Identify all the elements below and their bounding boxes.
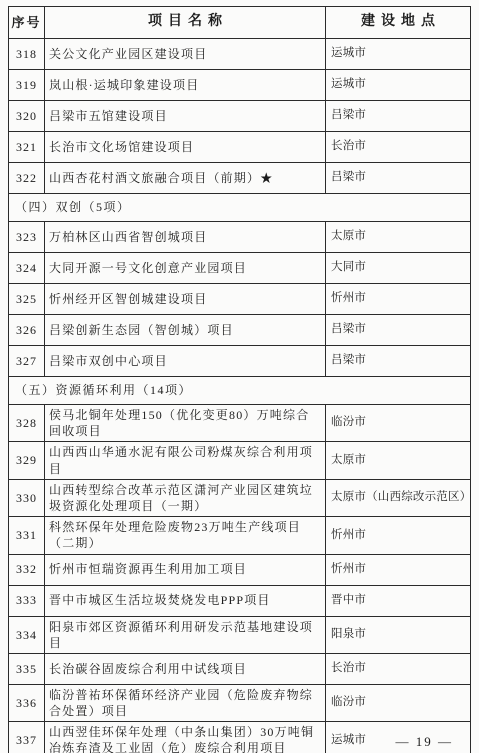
row-location-cell: 忻州市	[326, 554, 471, 585]
row-serial-cell: 320	[9, 101, 45, 132]
table-row: 336 临汾普祐环保循环经济产业园（危险废弃物综合处置）项目 临汾市	[9, 684, 471, 721]
header-row: 序号 项目名称 建设地点	[9, 7, 471, 39]
row-name-cell: 长治碳谷固废综合利用中试线项目	[45, 653, 326, 684]
row-serial-cell: 333	[9, 585, 45, 616]
row-serial-cell: 331	[9, 517, 45, 554]
row-name-cell: 山西翌佳环保年处理（中条山集团）30万吨铜冶炼弃渣及工业固（危）废综合利用项目	[45, 722, 326, 753]
row-serial-cell: 319	[9, 70, 45, 101]
row-serial-cell: 335	[9, 653, 45, 684]
row-name-cell: 大同开源一号文化创意产业园项目	[45, 253, 326, 284]
page-number: — 19 —	[396, 734, 454, 750]
table-row: 331 科然环保年处理危险废物23万吨生产线项目（二期） 忻州市	[9, 517, 471, 554]
row-location-cell: 吕梁市	[326, 163, 471, 194]
row-serial-cell: 322	[9, 163, 45, 194]
row-location-cell: 运城市	[326, 70, 471, 101]
section-title-cell: （五）资源循环利用（14项）	[9, 377, 471, 405]
table-row: 325 忻州经开区智创城建设项目 忻州市	[9, 284, 471, 315]
table-row: 320 吕梁市五馆建设项目 吕梁市	[9, 101, 471, 132]
row-location-cell: 临汾市	[326, 405, 471, 442]
row-name-cell: 阳泉市郊区资源循环利用研发示范基地建设项目	[45, 616, 326, 653]
row-serial-cell: 321	[9, 132, 45, 163]
row-location-cell: 忻州市	[326, 284, 471, 315]
row-serial-cell: 330	[9, 479, 45, 516]
row-location-cell: 长治市	[326, 653, 471, 684]
row-location-cell: 太原市（山西综改示范区）	[326, 479, 471, 516]
row-serial-cell: 323	[9, 222, 45, 253]
row-location-cell: 太原市	[326, 222, 471, 253]
row-serial-cell: 332	[9, 554, 45, 585]
row-location-cell: 运城市	[326, 39, 471, 70]
row-location-cell: 吕梁市	[326, 101, 471, 132]
document-page: 序号 项目名称 建设地点 318 关公文化产业园区建设项目 运城市 319 岚山…	[0, 0, 479, 753]
row-serial-cell: 327	[9, 346, 45, 377]
row-name-cell: 吕梁市五馆建设项目	[45, 101, 326, 132]
row-serial-cell: 328	[9, 405, 45, 442]
table-row: 318 关公文化产业园区建设项目 运城市	[9, 39, 471, 70]
section-row: （五）资源循环利用（14项）	[9, 377, 471, 405]
row-serial-cell: 336	[9, 684, 45, 721]
table-row: 328 侯马北铜年处理150（优化变更80）万吨综合回收项目 临汾市	[9, 405, 471, 442]
row-name-cell: 关公文化产业园区建设项目	[45, 39, 326, 70]
row-location-cell: 吕梁市	[326, 346, 471, 377]
project-table: 序号 项目名称 建设地点 318 关公文化产业园区建设项目 运城市 319 岚山…	[8, 6, 471, 753]
table-row: 332 忻州市恒瑞资源再生利用加工项目 忻州市	[9, 554, 471, 585]
row-name-cell: 临汾普祐环保循环经济产业园（危险废弃物综合处置）项目	[45, 684, 326, 721]
table-row: 321 长治市文化场馆建设项目 长治市	[9, 132, 471, 163]
row-name-cell: 吕梁市双创中心项目	[45, 346, 326, 377]
row-name-cell: 科然环保年处理危险废物23万吨生产线项目（二期）	[45, 517, 326, 554]
row-name-cell: 忻州经开区智创城建设项目	[45, 284, 326, 315]
row-location-cell: 太原市	[326, 442, 471, 479]
row-name-cell: 山西西山华通水泥有限公司粉煤灰综合利用项目	[45, 442, 326, 479]
table-row: 330 山西转型综合改革示范区潇河产业园区建筑垃圾资源化处理项目（一期） 太原市…	[9, 479, 471, 516]
table-row: 324 大同开源一号文化创意产业园项目 大同市	[9, 253, 471, 284]
table-row: 326 吕梁创新生态园（智创城）项目 吕梁市	[9, 315, 471, 346]
header-project-name: 项目名称	[45, 7, 326, 39]
row-name-cell: 长治市文化场馆建设项目	[45, 132, 326, 163]
row-serial-cell: 326	[9, 315, 45, 346]
row-location-cell: 吕梁市	[326, 315, 471, 346]
row-name-cell: 岚山根·运城印象建设项目	[45, 70, 326, 101]
row-name-cell: 晋中市城区生活垃圾焚烧发电PPP项目	[45, 585, 326, 616]
row-serial-cell: 324	[9, 253, 45, 284]
row-name-cell: 侯马北铜年处理150（优化变更80）万吨综合回收项目	[45, 405, 326, 442]
row-location-cell: 忻州市	[326, 517, 471, 554]
table-row: 329 山西西山华通水泥有限公司粉煤灰综合利用项目 太原市	[9, 442, 471, 479]
table-row: 327 吕梁市双创中心项目 吕梁市	[9, 346, 471, 377]
row-name-cell: 万柏林区山西省智创城项目	[45, 222, 326, 253]
row-name-cell: 山西杏花村酒文旅融合项目（前期）★	[45, 163, 326, 194]
table-row: 333 晋中市城区生活垃圾焚烧发电PPP项目 晋中市	[9, 585, 471, 616]
table-row: 334 阳泉市郊区资源循环利用研发示范基地建设项目 阳泉市	[9, 616, 471, 653]
row-serial-cell: 325	[9, 284, 45, 315]
table-header: 序号 项目名称 建设地点	[9, 7, 471, 39]
table-row: 319 岚山根·运城印象建设项目 运城市	[9, 70, 471, 101]
row-name-cell: 山西转型综合改革示范区潇河产业园区建筑垃圾资源化处理项目（一期）	[45, 479, 326, 516]
table-row: 323 万柏林区山西省智创城项目 太原市	[9, 222, 471, 253]
row-location-cell: 阳泉市	[326, 616, 471, 653]
row-name-cell: 忻州市恒瑞资源再生利用加工项目	[45, 554, 326, 585]
table-row: 322 山西杏花村酒文旅融合项目（前期）★ 吕梁市	[9, 163, 471, 194]
section-row: （四）双创（5项）	[9, 194, 471, 222]
table-body: 318 关公文化产业园区建设项目 运城市 319 岚山根·运城印象建设项目 运城…	[9, 39, 471, 753]
header-serial-number: 序号	[9, 7, 45, 39]
row-serial-cell: 318	[9, 39, 45, 70]
row-location-cell: 临汾市	[326, 684, 471, 721]
header-build-location: 建设地点	[326, 7, 471, 39]
section-title-cell: （四）双创（5项）	[9, 194, 471, 222]
row-location-cell: 长治市	[326, 132, 471, 163]
row-name-cell: 吕梁创新生态园（智创城）项目	[45, 315, 326, 346]
row-location-cell: 晋中市	[326, 585, 471, 616]
row-location-cell: 大同市	[326, 253, 471, 284]
row-serial-cell: 329	[9, 442, 45, 479]
row-serial-cell: 334	[9, 616, 45, 653]
row-serial-cell: 337	[9, 722, 45, 753]
table-row: 335 长治碳谷固废综合利用中试线项目 长治市	[9, 653, 471, 684]
